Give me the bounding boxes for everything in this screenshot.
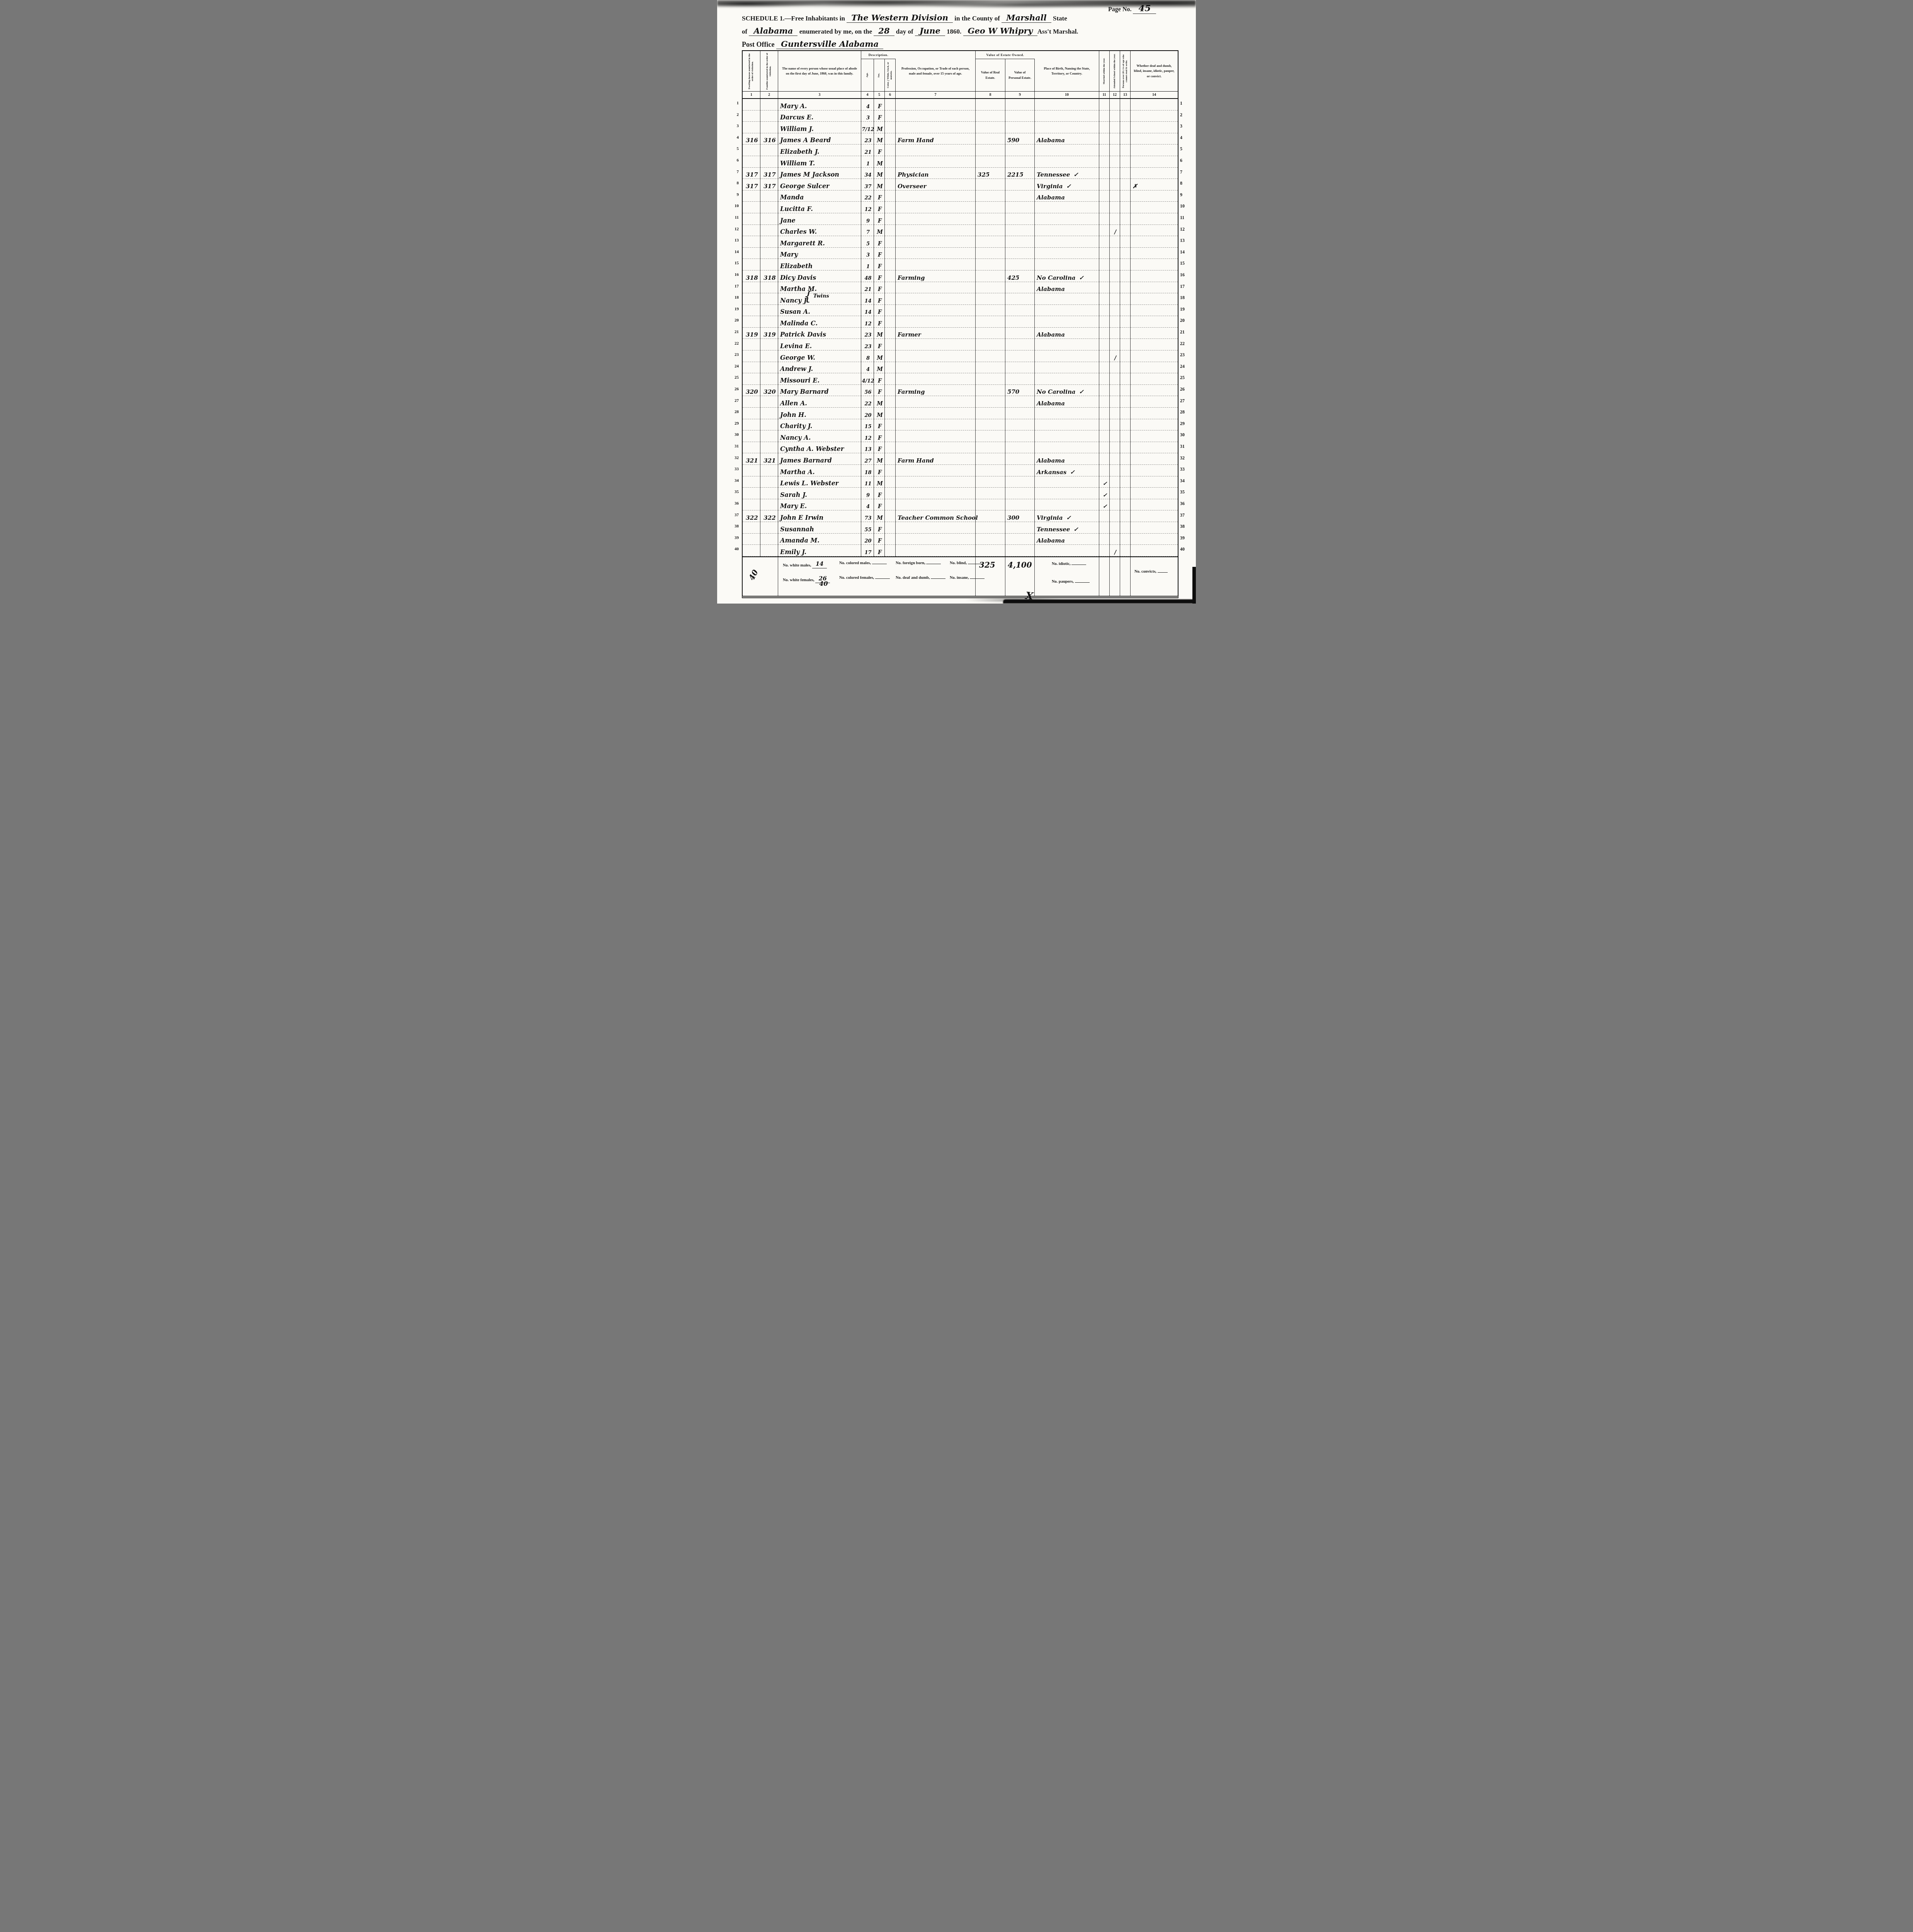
row-number-left: 2 [729,109,739,121]
person-name: James Barnard [778,453,861,465]
family-number [760,408,778,419]
cannot-read-mark [1120,510,1131,522]
personal-estate-value [1005,362,1035,374]
married-mark [1099,545,1110,556]
col-birthplace-header-text: Place of Birth, Naming the State, Territ… [1035,65,1099,77]
birthplace-value: Tennessee✓ [1035,522,1099,534]
age-value: 8 [861,350,874,362]
married-mark [1099,510,1110,522]
married-mark [1099,522,1110,534]
row-number-right: 32 [1180,452,1192,464]
occupation-value: Physician [896,168,976,179]
married-mark [1099,225,1110,236]
remarks-mark [1131,190,1178,202]
remarks-mark [1131,168,1178,179]
dwelling-number [743,316,760,328]
row-number-left: 18 [729,292,739,304]
school-mark [1110,111,1120,122]
row-number-left: 20 [729,315,739,327]
column-number: 14 [1131,92,1178,98]
table-row: 322322John E Irwin73MTeacher Common Scho… [743,510,1178,522]
white-males-total: No. white males, 14 [783,561,827,568]
cannot-read-mark [1120,293,1131,305]
occupation-value: Overseer [896,179,976,190]
color-value [885,339,896,350]
real-estate-value [976,122,1005,133]
person-name: William J. [778,122,861,133]
col-cannot-read-header-text: Persons over 20 y'rs of age who cannot r… [1122,53,1128,90]
col-remarks-header-text: Whether deaf and dumb, blind, insane, id… [1131,63,1178,80]
remarks-mark [1131,510,1178,522]
age-value: 21 [861,282,874,294]
person-name: Martha A. [778,465,861,476]
personal-estate-value [1005,145,1035,156]
dwelling-number [743,373,760,385]
color-value [885,168,896,179]
post-office-line: Post Office Guntersville Alabama [742,39,1190,49]
white-females-total: No. white females, 26 40 [783,576,830,583]
sex-value: F [874,499,885,511]
col-dwelling-header-text: Dwelling-houses numbered in the order of… [748,53,754,90]
personal-estate-value [1005,236,1035,248]
age-value: 4 [861,499,874,511]
color-value [885,259,896,270]
occupation-value [896,408,976,419]
remarks-mark [1131,534,1178,545]
occupation-value [896,362,976,374]
cannot-read-mark [1120,270,1131,282]
personal-estate-value [1005,545,1035,556]
school-mark [1110,476,1120,488]
census-schedule-page: Page No. 45 SCHEDULE 1.—Free Inhabitants… [717,0,1196,604]
color-value [885,190,896,202]
personal-estate-value [1005,522,1035,534]
color-value [885,145,896,156]
birthplace-value [1035,122,1099,133]
row-number-right: 9 [1180,189,1192,201]
paupers-total: No. paupers, [1052,580,1090,584]
person-name: Dicy Davis [778,270,861,282]
sex-value: F [874,111,885,122]
dwelling-number [743,202,760,213]
dwelling-number [743,145,760,156]
of-label: of [742,28,747,35]
row-number-left: 17 [729,281,739,293]
row-number-left: 40 [729,544,739,555]
occupation-value [896,156,976,168]
remarks-mark [1131,408,1178,419]
color-value [885,362,896,374]
birthplace-value: Alabama [1035,133,1099,145]
family-number [760,99,778,111]
convicts-total: No. convicts, [1134,570,1168,574]
col-age-header: Age. [861,59,874,91]
column-number: 5 [874,92,885,98]
personal-estate-value [1005,248,1035,259]
col-real-estate-header-text: Value of Real Estate. [976,69,1005,81]
col-married-header: Married within the year. [1099,51,1110,91]
birthplace-value [1035,225,1099,236]
table-row: Nancy A.12F [743,430,1178,442]
table-row: 320320Mary Barnard56FFarming570No Caroli… [743,385,1178,396]
table-row: George W.8M/ [743,350,1178,362]
occupation-value [896,534,976,545]
remarks-mark [1131,99,1178,111]
real-estate-value [976,156,1005,168]
family-number: 319 [760,328,778,339]
personal-estate-value [1005,408,1035,419]
cannot-read-mark [1120,282,1131,294]
sex-value: F [874,430,885,442]
row-number-right: 26 [1180,384,1192,395]
real-estate-value [976,499,1005,511]
cannot-read-mark [1120,236,1131,248]
dwelling-number [743,408,760,419]
color-value [885,499,896,511]
person-name: Darcus E. [778,111,861,122]
age-value: 14 [861,305,874,316]
school-mark [1110,179,1120,190]
state-suffix-label: State [1053,15,1067,22]
school-mark [1110,202,1120,213]
table-row: John H.20M [743,408,1178,419]
dwelling-number: 322 [743,510,760,522]
birthplace-value [1035,111,1099,122]
col-sex-header-text: Sex. [877,73,881,77]
dwelling-number [743,339,760,350]
family-number [760,396,778,408]
table-row: Andrew J.4M [743,362,1178,374]
occupation-value [896,522,976,534]
school-mark [1110,168,1120,179]
age-value: 4/12 [861,373,874,385]
birthplace-value [1035,408,1099,419]
col-personal-estate-header-text: Value of Personal Estate. [1005,69,1034,81]
column-number: 7 [896,92,976,98]
birthplace-value [1035,476,1099,488]
cannot-read-mark [1120,122,1131,133]
dwelling-number [743,259,760,270]
sex-value: F [874,190,885,202]
col-occupation-header-text: Profession, Occupation, or Trade of each… [896,65,975,77]
dwelling-number [743,488,760,499]
cannot-read-mark [1120,328,1131,339]
married-mark [1099,168,1110,179]
cannot-read-mark [1120,396,1131,408]
row-number-right: 20 [1180,315,1192,327]
person-name: William T. [778,156,861,168]
sex-value: F [874,145,885,156]
personal-estate-value [1005,99,1035,111]
married-mark: ✓ [1099,488,1110,499]
real-estate-value [976,293,1005,305]
family-number [760,236,778,248]
color-value [885,408,896,419]
age-value: 23 [861,339,874,350]
occupation-value: Teacher Common School [896,510,976,522]
school-mark [1110,419,1120,431]
occupation-value [896,236,976,248]
cannot-read-mark [1120,476,1131,488]
row-number-right: 2 [1180,109,1192,121]
row-number-left: 32 [729,452,739,464]
sex-value: F [874,305,885,316]
age-value: 5 [861,236,874,248]
occupation-value [896,499,976,511]
row-number-right: 12 [1180,224,1192,235]
school-mark [1110,442,1120,454]
real-estate-value [976,419,1005,431]
school-mark [1110,362,1120,374]
remarks-mark [1131,293,1178,305]
footer-divider [1120,557,1120,596]
state-entry: Alabama [749,26,798,36]
occupation-value [896,442,976,454]
age-value: 20 [861,534,874,545]
grand-total: 40 [819,580,828,587]
color-value [885,122,896,133]
remarks-mark: ✗ [1131,179,1178,190]
birthplace-value [1035,156,1099,168]
birthplace-value [1035,213,1099,225]
row-number-left: 23 [729,349,739,361]
row-number-left: 39 [729,532,739,544]
dwelling-number [743,248,760,259]
dwelling-number [743,350,760,362]
row-number-left: 37 [729,510,739,521]
age-value: 4 [861,99,874,111]
real-estate-value [976,259,1005,270]
married-mark [1099,99,1110,111]
personal-estate-value [1005,213,1035,225]
school-mark [1110,385,1120,396]
remarks-mark [1131,236,1178,248]
remarks-mark [1131,499,1178,511]
occupation-value [896,350,976,362]
dwelling-number: 317 [743,168,760,179]
birthplace-value [1035,145,1099,156]
married-mark [1099,408,1110,419]
colored-females-total: No. colored females, [839,576,890,580]
table-row: 316316James A Beard23MFarm Hand590Alabam… [743,133,1178,145]
occupation-value [896,190,976,202]
personal-estate-value [1005,339,1035,350]
col-family-header-text: Families numbered in the order of visita… [766,53,772,90]
remarks-mark [1131,328,1178,339]
person-name: Cyntha A. Webster [778,442,861,454]
person-name: Andrew J. [778,362,861,374]
day-of-label: day of [896,28,913,35]
person-name: George Sulcer [778,179,861,190]
row-number-left: 21 [729,327,739,338]
table-row: Cyntha A. Webster13F [743,442,1178,454]
dwelling-number [743,396,760,408]
birthplace-value [1035,362,1099,374]
remarks-mark [1131,442,1178,454]
dwelling-number [743,293,760,305]
row-number-left: 5 [729,143,739,155]
birthplace-value [1035,442,1099,454]
table-row: Emily J.17F/ [743,545,1178,556]
row-number-right: 21 [1180,327,1192,338]
real-estate-value [976,430,1005,442]
married-mark [1099,316,1110,328]
person-name: Allen A. [778,396,861,408]
real-estate-value [976,133,1005,145]
remarks-mark [1131,122,1178,133]
real-estate-value [976,213,1005,225]
col-dwelling-header: Dwelling-houses numbered in the order of… [743,51,760,91]
sex-value: M [874,328,885,339]
census-table: Dwelling-houses numbered in the order of… [742,50,1178,598]
occupation-value [896,213,976,225]
remarks-mark [1131,476,1178,488]
married-mark [1099,305,1110,316]
birthplace-value: Alabama [1035,328,1099,339]
table-row: Mary E.4F✓ [743,499,1178,511]
person-name: Elizabeth J. [778,145,861,156]
school-mark [1110,248,1120,259]
remarks-mark [1131,385,1178,396]
person-name: Susan A. [778,305,861,316]
school-mark [1110,488,1120,499]
school-mark [1110,270,1120,282]
cannot-read-mark [1120,545,1131,556]
married-mark [1099,430,1110,442]
stray-x-mark: X [1025,590,1034,602]
married-mark [1099,419,1110,431]
birthplace-value [1035,545,1099,556]
row-number-right: 30 [1180,429,1192,441]
cannot-read-mark [1120,145,1131,156]
real-estate-value [976,248,1005,259]
personal-estate-value [1005,122,1035,133]
col-remarks-header: Whether deaf and dumb, blind, insane, id… [1131,51,1178,91]
col-family-header: Families numbered in the order of visita… [760,51,778,91]
col-personal-estate-header: Value of Personal Estate. [1005,59,1035,91]
sex-value: M [874,510,885,522]
cannot-read-mark [1120,190,1131,202]
footer-divider [1005,557,1005,596]
real-estate-total: 325 [979,560,995,570]
col-color-header: Color, { White, black, or mulatto. [885,59,896,91]
personal-estate-value [1005,465,1035,476]
dwelling-number [743,430,760,442]
cannot-read-mark [1120,305,1131,316]
column-number: 8 [976,92,1005,98]
table-row: 319319Patrick Davis23MFarmerAlabama [743,328,1178,339]
sex-value: M [874,350,885,362]
person-name: John E Irwin [778,510,861,522]
dwelling-number: 317 [743,179,760,190]
deaf-dumb-total: No. deaf and dumb, [896,576,945,580]
schedule-title-line: SCHEDULE 1.—Free Inhabitants in The West… [742,13,1190,22]
personal-estate-value [1005,259,1035,270]
occupation-value [896,305,976,316]
age-value: 55 [861,522,874,534]
married-mark [1099,442,1110,454]
color-value [885,522,896,534]
schedule-title: SCHEDULE 1.—Free Inhabitants in [742,15,845,22]
age-value: 13 [861,442,874,454]
dwelling-number [743,522,760,534]
row-number-right: 8 [1180,178,1192,189]
school-mark [1110,316,1120,328]
column-number: 2 [760,92,778,98]
table-row: Charity J.15F [743,419,1178,431]
married-mark [1099,156,1110,168]
age-value: 34 [861,168,874,179]
row-number-right: 38 [1180,521,1192,532]
occupation-value [896,545,976,556]
real-estate-value [976,522,1005,534]
family-number [760,111,778,122]
county-label: in the County of [954,15,1000,22]
person-name: Amanda M. [778,534,861,545]
sex-value: F [874,488,885,499]
real-estate-value [976,373,1005,385]
personal-estate-value [1005,442,1035,454]
school-mark [1110,465,1120,476]
family-number: 318 [760,270,778,282]
col-name-header-text: The name of every person whose usual pla… [778,65,861,77]
cannot-read-mark [1120,213,1131,225]
post-office-label: Post Office [742,41,774,48]
family-number [760,293,778,305]
table-row: 317317George Sulcer37MOverseerVirginia✓✗ [743,179,1178,190]
sex-value: F [874,373,885,385]
table-row: Mary3F [743,248,1178,259]
table-row: Malinda C.12F [743,316,1178,328]
col-real-estate-header: Value of Real Estate. [976,59,1005,91]
color-value [885,305,896,316]
real-estate-value [976,339,1005,350]
color-value [885,465,896,476]
table-row: Allen A.22MAlabama [743,396,1178,408]
cannot-read-mark [1120,408,1131,419]
school-mark [1110,213,1120,225]
personal-estate-value [1005,499,1035,511]
sex-value: M [874,156,885,168]
school-mark [1110,190,1120,202]
row-number-right: 22 [1180,338,1192,350]
column-number: 10 [1035,92,1099,98]
table-body: Mary A.4FDarcus E.3FWilliam J.7/12M31631… [743,99,1178,556]
personal-estate-value [1005,156,1035,168]
school-mark [1110,408,1120,419]
family-number [760,373,778,385]
cannot-read-mark [1120,430,1131,442]
table-row: Charles W.7M/ [743,225,1178,236]
age-value: 9 [861,488,874,499]
column-number: 11 [1099,92,1110,98]
color-value [885,534,896,545]
family-number [760,476,778,488]
real-estate-value [976,225,1005,236]
row-number-right: 10 [1180,201,1192,212]
married-mark [1099,236,1110,248]
column-number: 6 [885,92,896,98]
personal-estate-value [1005,430,1035,442]
col-color-header-text: Color, { White, black, or mulatto. [887,59,893,91]
school-mark [1110,145,1120,156]
personal-estate-value [1005,373,1035,385]
table-row: Lewis L. Webster11M✓ [743,476,1178,488]
occupation-value [896,225,976,236]
table-row: Amanda M.20FAlabama [743,534,1178,545]
birthplace-value [1035,499,1099,511]
color-value [885,99,896,111]
